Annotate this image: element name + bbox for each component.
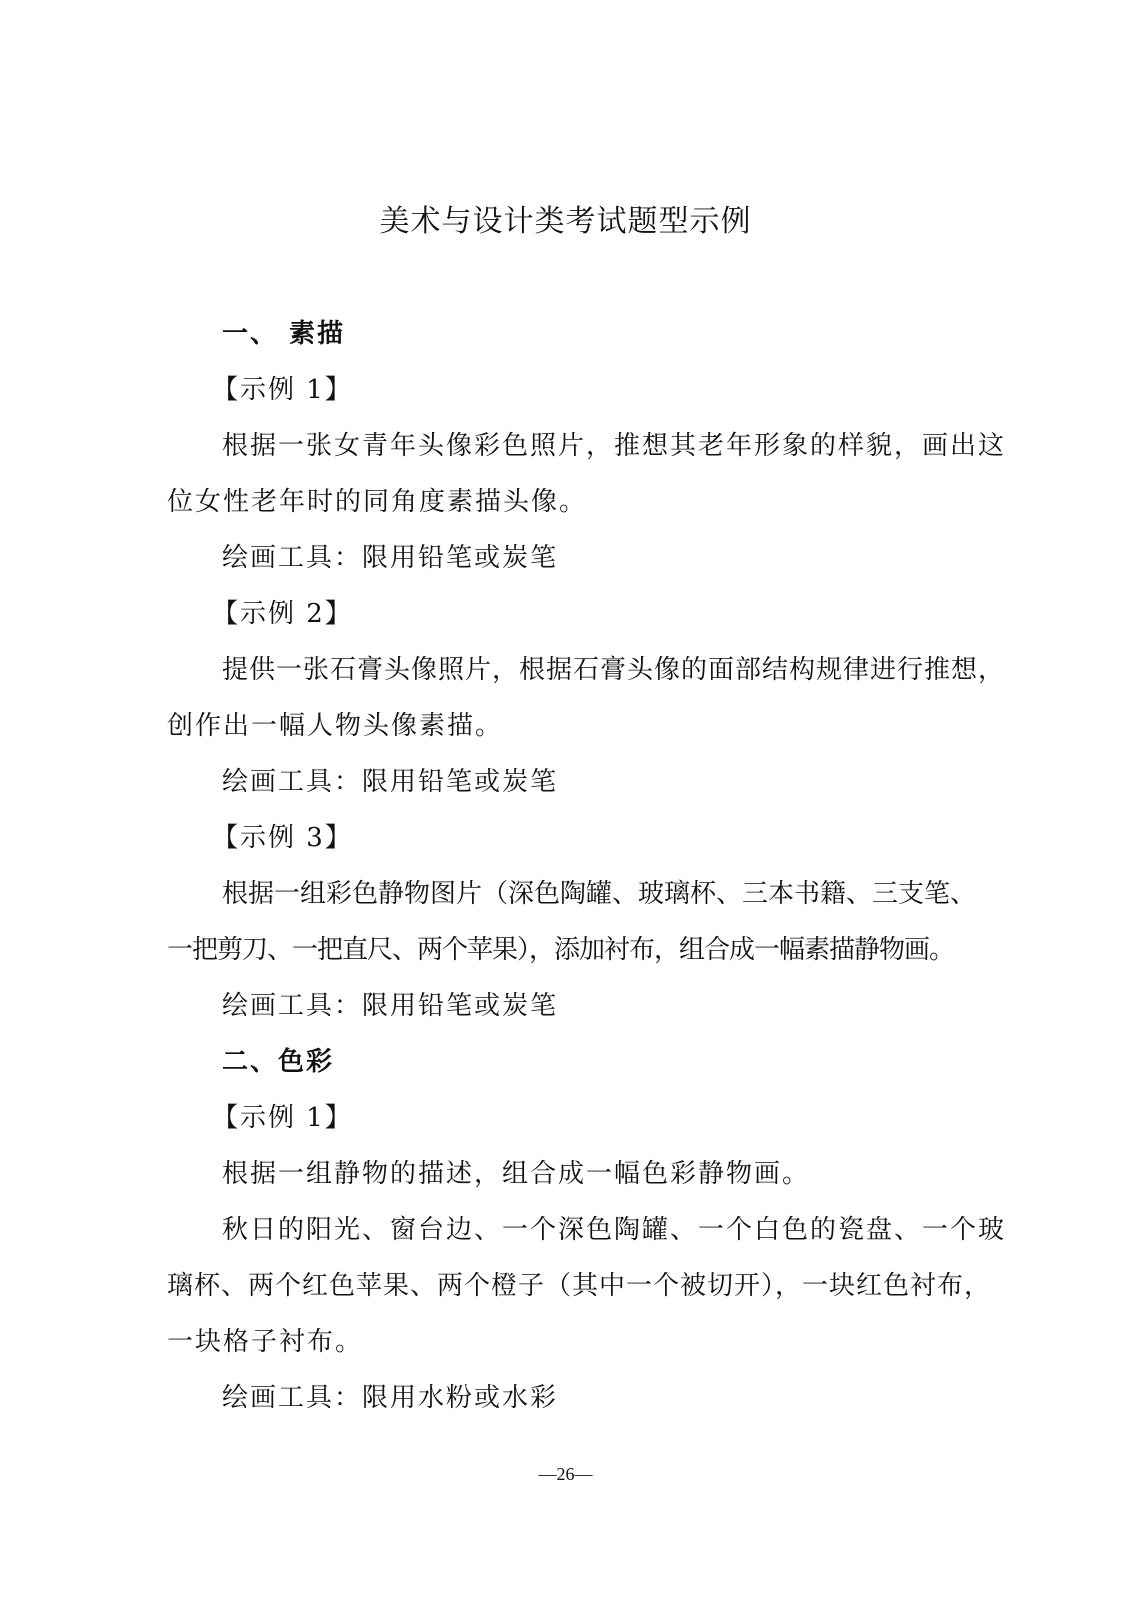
example-text-line: 提供一张石膏头像照片，根据石膏头像的面部结构规律进行推想， [222,650,1022,690]
example-text-line: 根据一张女青年头像彩色照片，推想其老年形象的样貌，画出这 [222,426,1022,466]
example-text-line: 位女性老年时的同角度素描头像。 [167,482,967,522]
section-heading-color: 二、色彩 [222,1042,1022,1082]
example-label: 【示例 2】 [212,594,1012,634]
example-text-line: 一块格子衬布。 [167,1322,967,1362]
example-tools: 绘画工具：限用铅笔或炭笔 [222,538,1022,578]
page-number: —26— [0,1462,1131,1486]
example-text-line: 根据一组彩色静物图片（深色陶罐、玻璃杯、三本书籍、三支笔、 [222,874,1022,914]
example-label: 【示例 3】 [212,818,1012,858]
example-label: 【示例 1】 [212,370,1012,410]
example-text-line: 璃杯、两个红色苹果、两个橙子（其中一个被切开），一块红色衬布， [167,1266,967,1306]
document-page: 美术与设计类考试题型示例 一、 素描 【示例 1】 根据一张女青年头像彩色照片，… [0,0,1131,1600]
example-tools: 绘画工具：限用铅笔或炭笔 [222,762,1022,802]
example-text-line: 秋日的阳光、窗台边、一个深色陶罐、一个白色的瓷盘、一个玻 [222,1210,1022,1250]
section-heading-sketch: 一、 素描 [222,314,1022,354]
example-tools: 绘画工具：限用铅笔或炭笔 [222,986,1022,1026]
example-text-line: 一把剪刀、一把直尺、两个苹果），添加衬布，组合成一幅素描静物画。 [167,930,967,970]
example-text-line: 创作出一幅人物头像素描。 [167,706,967,746]
page-title: 美术与设计类考试题型示例 [0,200,1131,244]
example-text-line: 根据一组静物的描述，组合成一幅色彩静物画。 [222,1154,1022,1194]
example-tools: 绘画工具：限用水粉或水彩 [222,1378,1022,1418]
example-label: 【示例 1】 [212,1098,1012,1138]
